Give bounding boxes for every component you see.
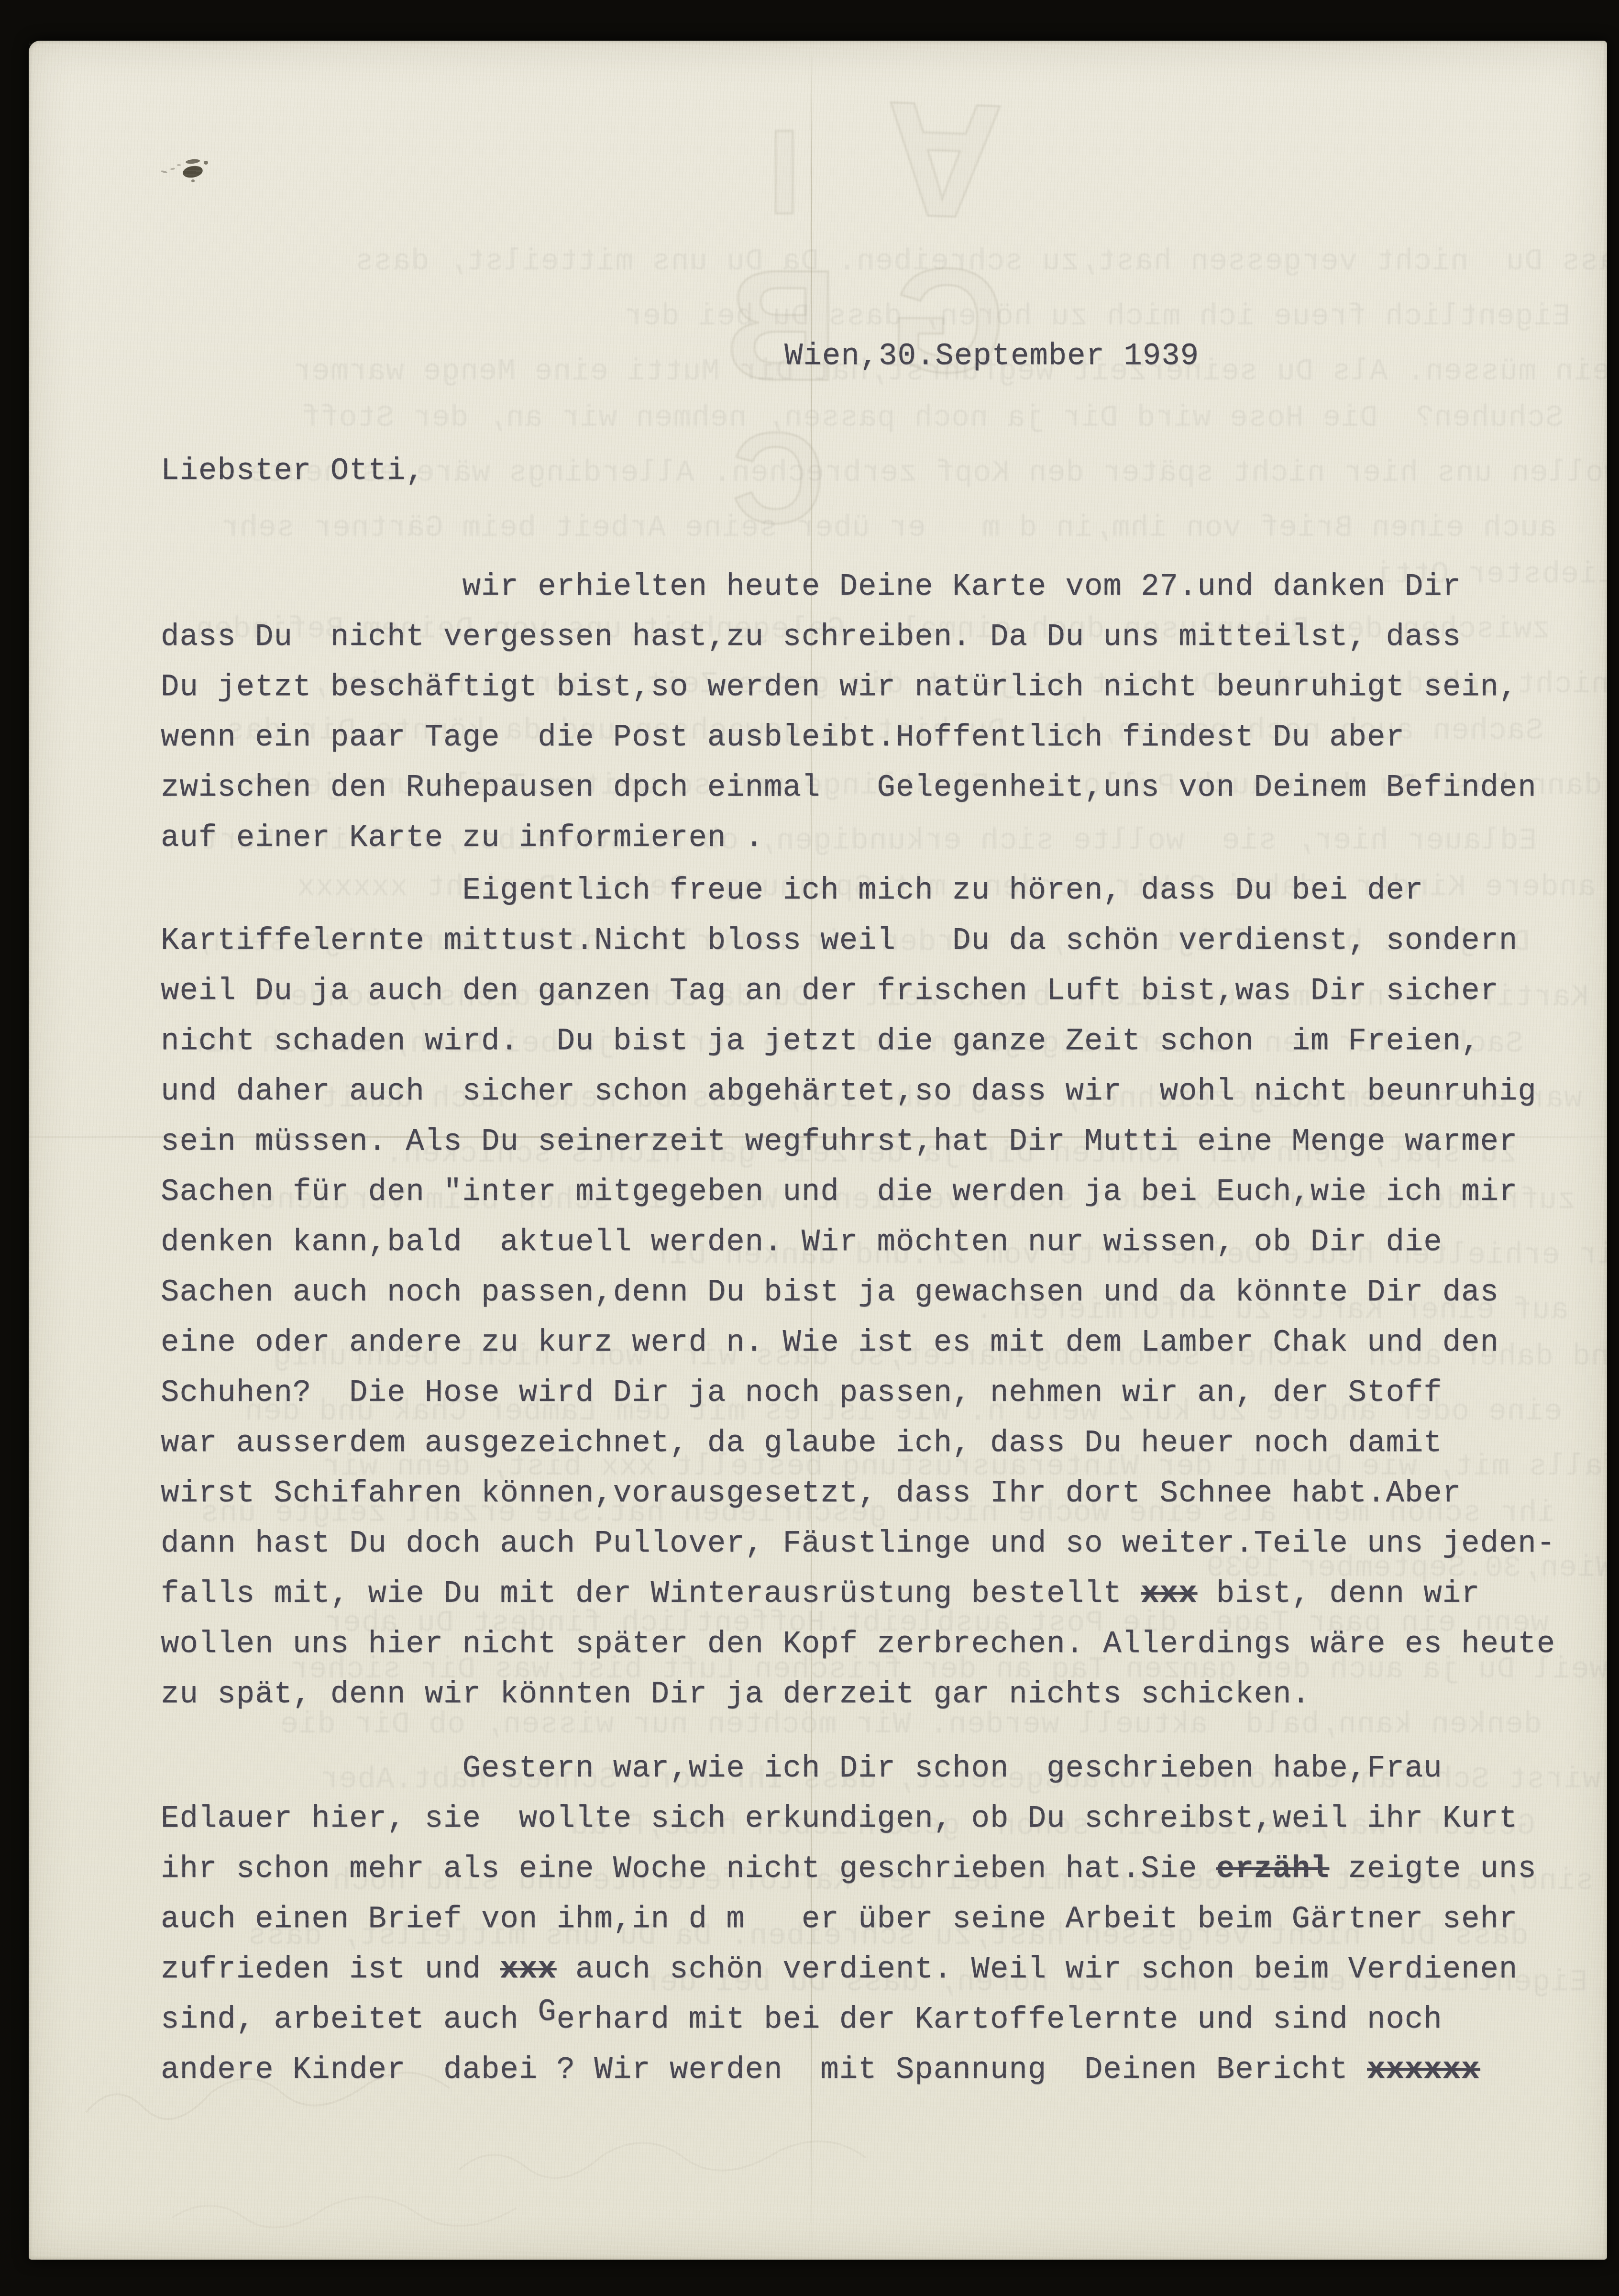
text-segment: Eigentlich freue ich mich zu hören, dass… bbox=[161, 874, 1423, 908]
letter-line: war ausserdem ausgezeichnet, da glaube i… bbox=[161, 1419, 1578, 1469]
letter-line: Sachen auch noch passen,denn Du bist ja … bbox=[161, 1268, 1578, 1318]
letter-line: dass Du nicht vergessen hast,zu schreibe… bbox=[161, 612, 1578, 663]
letter-line: auf einer Karte zu informieren . bbox=[161, 813, 1578, 864]
struck-word: erzähl bbox=[1216, 1852, 1329, 1886]
text-segment: G bbox=[538, 1987, 556, 2038]
text-segment: Schuhen? Die Hose wird Dir ja noch passe… bbox=[161, 1376, 1443, 1410]
text-segment: zufrieden ist und bbox=[161, 1952, 500, 1987]
letter-line: Gestern war,wie ich Dir schon geschriebe… bbox=[161, 1744, 1578, 1794]
paragraph: wir erhielten heute Deine Karte vom 27.u… bbox=[161, 562, 1578, 864]
letter-line: zwischen den Ruhepausen dpch einmal Gele… bbox=[161, 763, 1578, 813]
text-segment: wenn ein paar Tage die Post ausbleibt.Ho… bbox=[161, 721, 1405, 755]
struck-word: xxx bbox=[1141, 1577, 1197, 1611]
letter-line: falls mit, wie Du mit der Winterausrüstu… bbox=[161, 1569, 1578, 1619]
text-segment: bist, denn wir bbox=[1197, 1577, 1480, 1611]
text-segment: und daher auch sicher schon abgehärtet,s… bbox=[161, 1075, 1537, 1109]
letter-line: Schuhen? Die Hose wird Dir ja noch passe… bbox=[161, 1368, 1578, 1419]
letter-line: sein müssen. Als Du seinerzeit wegfuhrst… bbox=[161, 1117, 1578, 1167]
text-segment: Du jetzt beschäftigt bist,so werden wir … bbox=[161, 670, 1518, 705]
text-segment: auch einen Brief von ihm,in d m er über … bbox=[161, 1902, 1518, 1937]
text-segment: sein müssen. Als Du seinerzeit wegfuhrst… bbox=[161, 1125, 1518, 1159]
text-segment: auf einer Karte zu informieren . bbox=[161, 821, 764, 855]
letter-line: Edlauer hier, sie wollte sich erkundigen… bbox=[161, 1794, 1578, 1844]
text-segment: war ausserdem ausgezeichnet, da glaube i… bbox=[161, 1426, 1443, 1461]
letter-line: dann hast Du doch auch Pullover, Fäustli… bbox=[161, 1519, 1578, 1569]
letter-page: dass Du nicht vergessen hast,zu schreibe… bbox=[29, 41, 1607, 2260]
letter-line: wir erhielten heute Deine Karte vom 27.u… bbox=[161, 562, 1578, 612]
text-segment: zwischen den Ruhepausen dpch einmal Gele… bbox=[161, 771, 1537, 805]
text-segment: Gestern war,wie ich Dir schon geschriebe… bbox=[161, 1752, 1443, 1786]
letter-line: nicht schaden wird. Du bist ja jetzt die… bbox=[161, 1017, 1578, 1067]
text-segment: erhard mit bei der Kartoffelernte und si… bbox=[557, 2003, 1443, 2037]
letter-line: Kartiffelernte mittust.Nicht bloss weil … bbox=[161, 916, 1578, 966]
paragraph: Gestern war,wie ich Dir schon geschriebe… bbox=[161, 1744, 1578, 2096]
struck-word: xxxxxx bbox=[1367, 2053, 1480, 2087]
text-segment: Sachen auch noch passen,denn Du bist ja … bbox=[161, 1276, 1499, 1310]
dateline: Wien,30.September 1939 bbox=[784, 332, 1199, 382]
text-segment: denken kann,bald aktuell werden. Wir möc… bbox=[161, 1225, 1443, 1260]
letter-line: ihr schon mehr als eine Woche nicht gesc… bbox=[161, 1844, 1578, 1895]
letter-line: wirst Schifahren können,vorausgesetzt, d… bbox=[161, 1469, 1578, 1519]
letter-line: Du jetzt beschäftigt bist,so werden wir … bbox=[161, 663, 1578, 713]
letter-line: weil Du ja auch den ganzen Tag an der fr… bbox=[161, 966, 1578, 1017]
text-segment: eine oder andere zu kurz werd n. Wie ist… bbox=[161, 1326, 1499, 1360]
letter-line: denken kann,bald aktuell werden. Wir möc… bbox=[161, 1218, 1578, 1268]
letter-line: Eigentlich freue ich mich zu hören, dass… bbox=[161, 866, 1578, 916]
letter-text: Wien,30.September 1939 Liebster Otti, wi… bbox=[29, 41, 1607, 2260]
letter-line: wenn ein paar Tage die Post ausbleibt.Ho… bbox=[161, 713, 1578, 763]
text-segment: zu spät, denn wir könnten Dir ja derzeit… bbox=[161, 1677, 1311, 1712]
text-segment: dass Du nicht vergessen hast,zu schreibe… bbox=[161, 620, 1461, 654]
letter-line: zufrieden ist und xxx auch schön verdien… bbox=[161, 1945, 1578, 1995]
text-segment: wir erhielten heute Deine Karte vom 27.u… bbox=[161, 570, 1461, 604]
text-segment: wirst Schifahren können,vorausgesetzt, d… bbox=[161, 1476, 1461, 1511]
letter-line: eine oder andere zu kurz werd n. Wie ist… bbox=[161, 1318, 1578, 1368]
letter-line: sind, arbeitet auch Gerhard mit bei der … bbox=[161, 1995, 1578, 2045]
text-segment: wollen uns hier nicht später den Kopf ze… bbox=[161, 1627, 1555, 1662]
text-segment: zeigte uns bbox=[1329, 1852, 1536, 1886]
struck-word: xxx bbox=[500, 1952, 556, 1987]
text-segment: falls mit, wie Du mit der Winterausrüstu… bbox=[161, 1577, 1141, 1611]
text-segment: Edlauer hier, sie wollte sich erkundigen… bbox=[161, 1802, 1518, 1836]
letter-line: auch einen Brief von ihm,in d m er über … bbox=[161, 1895, 1578, 1945]
text-segment: dann hast Du doch auch Pullover, Fäustli… bbox=[161, 1527, 1555, 1561]
text-segment: weil Du ja auch den ganzen Tag an der fr… bbox=[161, 974, 1499, 1009]
text-segment: sind, arbeitet auch bbox=[161, 2003, 538, 2037]
letter-line: Sachen für den "inter mitgegeben und die… bbox=[161, 1167, 1578, 1218]
letter-line: zu spät, denn wir könnten Dir ja derzeit… bbox=[161, 1670, 1578, 1720]
paragraph: Eigentlich freue ich mich zu hören, dass… bbox=[161, 866, 1578, 1720]
text-segment: auch schön verdient. Weil wir schon beim… bbox=[557, 1952, 1518, 1987]
letter-line: wollen uns hier nicht später den Kopf ze… bbox=[161, 1619, 1578, 1670]
letter-line: andere Kinder dabei ? Wir werden mit Spa… bbox=[161, 2045, 1578, 2096]
scan-background: dass Du nicht vergessen hast,zu schreibe… bbox=[0, 0, 1619, 2296]
text-segment: nicht schaden wird. Du bist ja jetzt die… bbox=[161, 1024, 1480, 1059]
text-segment: Sachen für den "inter mitgegeben und die… bbox=[161, 1175, 1518, 1209]
text-segment: Kartiffelernte mittust.Nicht bloss weil … bbox=[161, 924, 1518, 958]
text-segment: andere Kinder dabei ? Wir werden mit Spa… bbox=[161, 2053, 1367, 2087]
letter-line: und daher auch sicher schon abgehärtet,s… bbox=[161, 1067, 1578, 1117]
salutation: Liebster Otti, bbox=[161, 446, 425, 497]
text-segment: ihr schon mehr als eine Woche nicht gesc… bbox=[161, 1852, 1216, 1886]
